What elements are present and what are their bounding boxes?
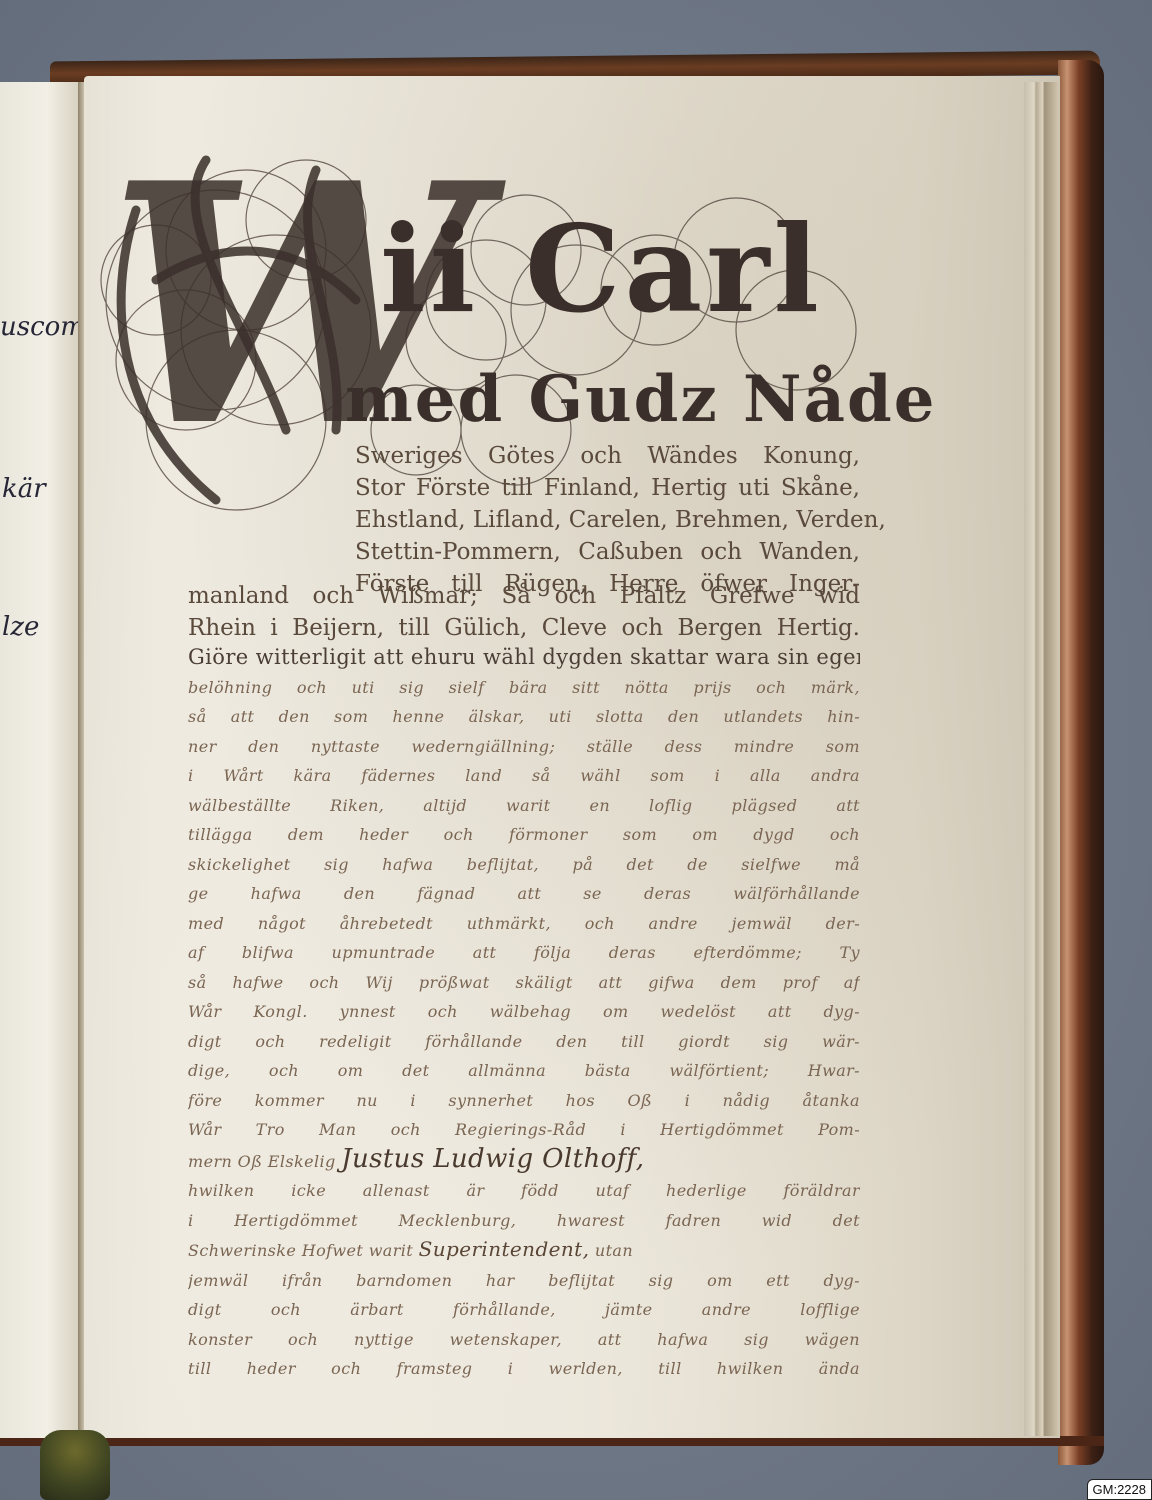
body-line: digt och ärbart förhållande, jämte andre… bbox=[188, 1295, 860, 1325]
heading-line-2: med Gudz Nåde bbox=[345, 368, 936, 432]
title-word-line: Schwerinske Hofwet warit Superintendent,… bbox=[188, 1235, 860, 1266]
body-line: så att den som henne älskar, uti slotta … bbox=[188, 702, 860, 732]
body-line: jemwäl ifrån barndomen har beflijtat sig… bbox=[188, 1266, 860, 1296]
left-page-fragment: kär bbox=[2, 474, 46, 504]
body-line: Wår Kongl. ynnest och wälbehag om wedelö… bbox=[188, 997, 860, 1027]
title-line-suffix: utan bbox=[595, 1241, 633, 1260]
title-line: Rhein i Beijern, till Gülich, Cleve och … bbox=[188, 612, 860, 644]
name-line-prefix: mern Oß Elskelig bbox=[188, 1152, 336, 1171]
left-page-fragment: lze bbox=[2, 612, 39, 642]
body-line: med något åhrebetedt uthmärkt, och andre… bbox=[188, 909, 860, 939]
body-line: ner den nyttaste wederngiällning; ställe… bbox=[188, 732, 860, 762]
body-first-line: Giöre witterligit att ehuru wähl dygden … bbox=[188, 643, 860, 673]
body-line: af blifwa upmuntrade att följa deras eft… bbox=[188, 938, 860, 968]
body-line: tillägga dem heder och förmoner som om d… bbox=[188, 820, 860, 850]
body-line: dige, och om det allmänna bästa wälförti… bbox=[188, 1056, 860, 1086]
title-line: Stor Förste till Finland, Hertig uti Skå… bbox=[355, 472, 860, 504]
left-page: uscom kär lze bbox=[0, 82, 80, 1438]
catalog-number-label: GM:2228 bbox=[1087, 1479, 1152, 1500]
charter-body-text: Giöre witterligit att ehuru wähl dygden … bbox=[188, 643, 860, 1384]
body-line: till heder och framsteg i werlden, till … bbox=[188, 1354, 860, 1384]
left-page-fragment: uscom bbox=[0, 312, 85, 342]
open-book: uscom kär lze bbox=[0, 0, 1152, 1500]
body-line: wälbeställte Riken, altijd warit en lofl… bbox=[188, 791, 860, 821]
recipient-name: Justus Ludwig Olthoff, bbox=[341, 1145, 644, 1174]
page-edges bbox=[1024, 82, 1058, 1436]
body-line: så hafwe och Wij prößwat skäligt att gif… bbox=[188, 968, 860, 998]
body-line: belöhning och uti sig sielf bära sitt nö… bbox=[188, 673, 860, 703]
bookmark-tassel bbox=[40, 1430, 110, 1500]
title-line: manland och Wißmar; Så och Pfaltz Grefwe… bbox=[188, 580, 860, 612]
body-line: skickelighet sig hafwa beflijtat, på det… bbox=[188, 850, 860, 880]
body-line: före kommer nu i synnerhet hos Oß i nådi… bbox=[188, 1086, 860, 1116]
title-line: Sweriges Götes och Wändes Konung, bbox=[355, 440, 860, 472]
body-line: konster och nyttige wetenskaper, att haf… bbox=[188, 1325, 860, 1355]
superintendent-word: Superintendent, bbox=[419, 1237, 590, 1261]
title-line: Stettin-Pommern, Caßuben och Wanden, bbox=[355, 536, 860, 568]
body-line: digt och redeligit förhållande den till … bbox=[188, 1027, 860, 1057]
body-line: Wår Tro Man och Regierings-Råd i Hertigd… bbox=[188, 1115, 860, 1145]
body-line: i Wårt kära fädernes land så wähl som i … bbox=[188, 761, 860, 791]
body-line: hwilken icke allenast är född utaf heder… bbox=[188, 1176, 860, 1206]
name-line: mern Oß Elskelig Justus Ludwig Olthoff, bbox=[188, 1145, 860, 1177]
body-line: ge hafwa den fägnad att se deras wälförh… bbox=[188, 879, 860, 909]
body-line: i Hertigdömmet Mecklenburg, hwarest fadr… bbox=[188, 1206, 860, 1236]
royal-title-block: Sweriges Götes och Wändes Konung, Stor F… bbox=[355, 440, 860, 600]
title-line-prefix: Schwerinske Hofwet warit bbox=[188, 1241, 413, 1260]
title-line: Ehstland, Lifland, Carelen, Brehmen, Ver… bbox=[355, 504, 860, 536]
marbled-cover-edge bbox=[1058, 60, 1104, 1465]
